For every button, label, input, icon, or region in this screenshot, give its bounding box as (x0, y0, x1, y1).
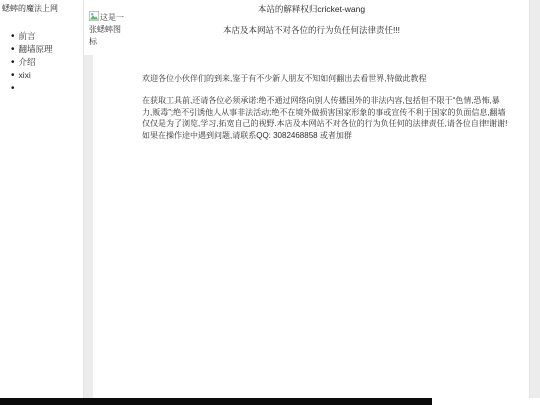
sidebar-scrollbar[interactable] (84, 55, 93, 398)
pledge-line-4-contact-qq: 如果在操作途中遇到问题,请联系QQ: 3082468858 或者加群 (142, 130, 474, 142)
sidebar-item-wall-principle[interactable]: • 翻墙原理 (11, 43, 83, 56)
main-content: 本站的解释权归cricket-wang 本店及本网站不对各位的行为负任何法律责任… (94, 0, 529, 398)
sidebar-item-intro[interactable]: • 介绍 (11, 56, 83, 69)
pledge-line-2: 力,贩毒”;绝不引诱他人从事非法活动;绝不在境外做损害国家形象的事或宣传不利于国… (142, 107, 474, 119)
bullet-icon: • (11, 56, 15, 69)
bottom-black-bar (0, 398, 432, 405)
pledge-line-3: 仅仅是为了浏览,学习,拓宽自己的视野.本店及本网站不对各位的行为负任何的法律责任… (142, 118, 474, 130)
page-scrollbar[interactable] (529, 0, 540, 398)
sidebar-item-xixi[interactable]: • xixi (11, 69, 83, 82)
sidebar-item-label[interactable]: 介绍 (19, 56, 36, 69)
broken-image-icon (89, 11, 99, 21)
page: 蟋蟀的魔法上网 • 前言 • 翻墙原理 • 介绍 • xixi • (0, 0, 540, 405)
sidebar-item-label[interactable]: 前言 (19, 30, 36, 43)
broken-image-placeholder: 这是一张蟋蟀图标 (89, 11, 125, 48)
sidebar-title: 蟋蟀的魔法上网 (2, 4, 83, 14)
bullet-icon: • (11, 30, 15, 43)
sidebar-item-empty[interactable]: • (11, 82, 83, 95)
sidebar-nav: • 前言 • 翻墙原理 • 介绍 • xixi • (0, 30, 83, 95)
pledge-line-1: 在获取工具前,还请各位必须承诺:绝不通过网络向别人传播国外的非法内容,包括但不限… (142, 95, 474, 107)
disclaimer-line: 本店及本网站不对各位的行为负任何法律责任!!! (94, 24, 529, 36)
sidebar-item-preface[interactable]: • 前言 (11, 30, 83, 43)
bullet-icon: • (11, 43, 15, 56)
bullet-icon: • (11, 82, 15, 95)
welcome-line: 欢迎各位小伙伴们的到来,鉴于有不少新人朋友不知如何翻出去看世界,特做此教程 (142, 73, 426, 84)
sidebar-item-label[interactable]: 翻墙原理 (19, 43, 53, 56)
sidebar-item-label[interactable]: xixi (19, 69, 31, 82)
copyright-line: 本站的解释权归cricket-wang (94, 3, 529, 15)
pledge-paragraph: 在获取工具前,还请各位必须承诺:绝不通过网络向别人传播国外的非法内容,包括但不限… (142, 95, 474, 141)
sidebar: 蟋蟀的魔法上网 • 前言 • 翻墙原理 • 介绍 • xixi • (0, 0, 83, 398)
bullet-icon: • (11, 69, 15, 82)
